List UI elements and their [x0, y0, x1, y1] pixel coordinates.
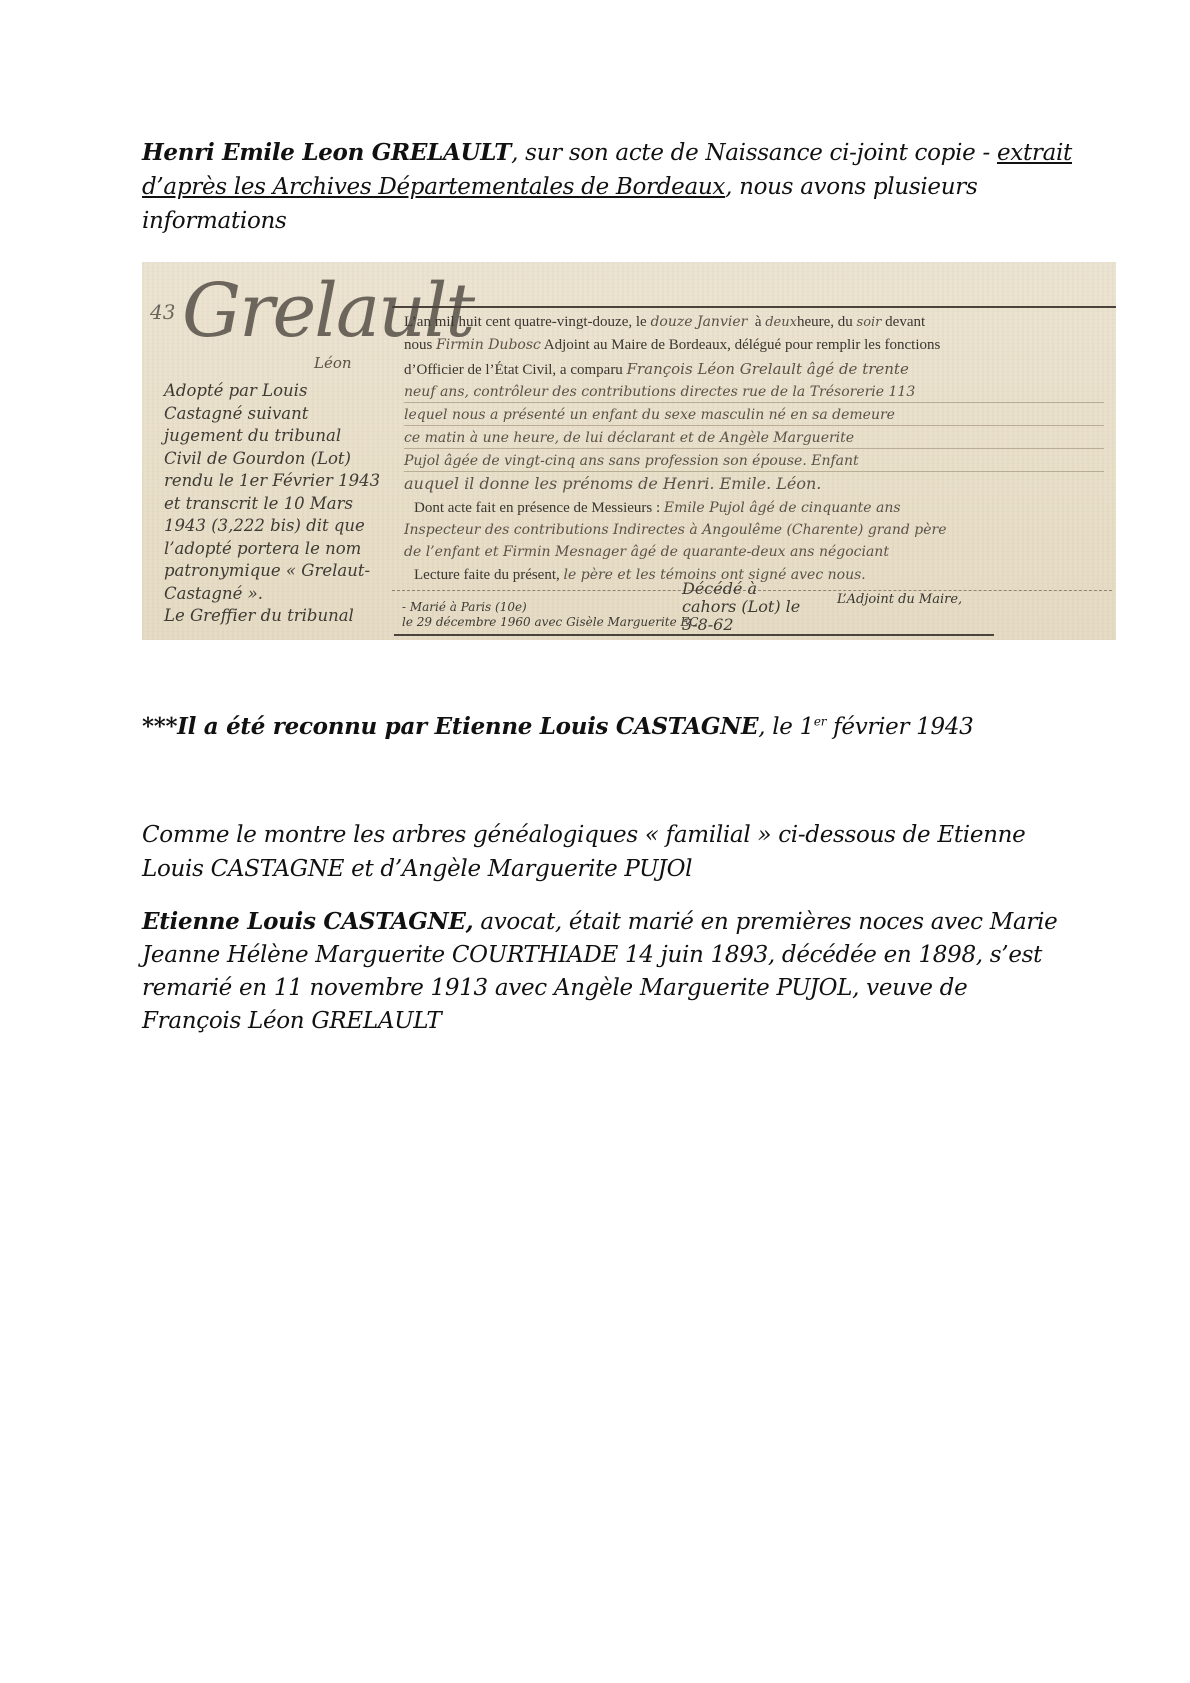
record-hand-line-4: Pujol âgée de vingt-cinq ans sans profes…	[404, 453, 859, 469]
recognition-date: février 1943	[826, 714, 973, 740]
marriage-paragraph: Etienne Louis CASTAGNE, avocat, était ma…	[142, 905, 1072, 1038]
record-hand-line-3: ce matin à une heure, de lui déclarant e…	[404, 430, 854, 446]
witness-line: Dont acte fait en présence de Messieurs …	[414, 500, 901, 517]
intro-text: , sur son acte de Naissance ci-joint cop…	[511, 140, 997, 166]
recognition-line: ***Il a été reconnu par Etienne Louis CA…	[142, 710, 1102, 744]
line-rule	[404, 448, 1104, 449]
line-rule	[404, 471, 1104, 472]
intro-name: Henri Emile Leon GRELAULT	[142, 139, 511, 166]
witness-hand-line-2: de l’enfant et Firmin Mesnager âgé de qu…	[404, 544, 889, 560]
record-line-1: L’an mil huit cent quatre-vingt-douze, l…	[404, 314, 925, 331]
top-rule	[392, 306, 1116, 308]
family-trees-paragraph: Comme le montre les arbres généalogiques…	[142, 818, 1072, 886]
intro-paragraph: Henri Emile Leon GRELAULT, sur son acte …	[142, 136, 1102, 238]
record-hand-line-5: auquel il donne les prénoms de Henri. Em…	[404, 474, 821, 493]
birth-record-scan: 43 Grelault Léon L’an mil huit cent quat…	[142, 262, 1116, 640]
adjoint-label: L’Adjoint du Maire,	[837, 592, 962, 607]
marriage-note: - Marié à Paris (10e) le 29 décembre 196…	[402, 600, 698, 630]
ordinal-sup: er	[814, 714, 826, 728]
line-rule	[404, 425, 1104, 426]
castagne-name: Etienne Louis CASTAGNE,	[142, 908, 473, 935]
recognition-text: , le 1	[758, 714, 814, 740]
record-hand-line-1: neuf ans, contrôleur des contributions d…	[404, 384, 915, 400]
record-line-2: nous Firmin Dubosc Adjoint au Maire de B…	[404, 337, 940, 354]
record-hand-line-2: lequel nous a présenté un enfant du sexe…	[404, 407, 895, 423]
witness-hand-line-1: Inspecteur des contributions Indirectes …	[404, 522, 946, 538]
entry-number: 43	[150, 300, 175, 324]
bottom-rule	[394, 634, 994, 636]
death-note: Décédé à cahors (Lot) le 3-8-62	[682, 580, 800, 634]
recognition-bold: ***Il a été reconnu par Etienne Louis CA…	[142, 713, 758, 740]
adoption-margin-note: Adopté par Louis Castagné suivant jugeme…	[164, 380, 394, 628]
given-name-small: Léon	[314, 354, 352, 372]
record-line-3: d’Officier de l’État Civil, a comparu Fr…	[404, 360, 909, 379]
line-rule	[404, 402, 1104, 403]
